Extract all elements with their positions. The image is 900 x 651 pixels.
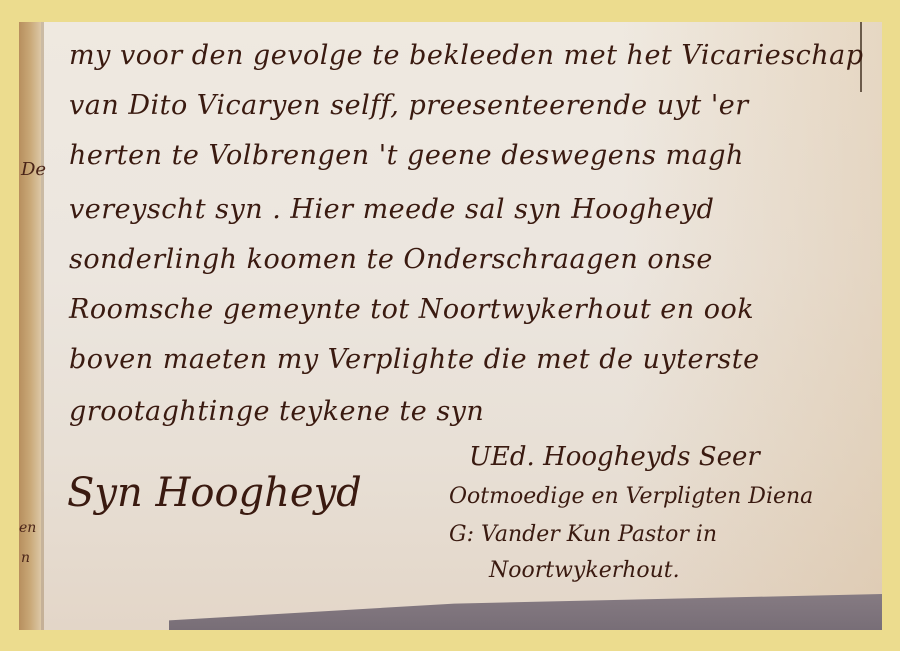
signature-line-3: G: Vander Kun Pastor in: [449, 522, 717, 547]
letter-line-5: sonderlingh koomen te Onderschraagen ons…: [69, 244, 713, 275]
margin-fragment: n: [21, 550, 30, 566]
closing-salutation: Syn Hoogheyd: [67, 470, 362, 516]
letter-line-8: grootaghtinge teykene te syn: [69, 396, 484, 427]
letter-line-7: boven maeten my Verplighte die met de uy…: [69, 344, 760, 375]
letter-line-3: herten te Volbrengen 't geene deswegens …: [69, 140, 744, 171]
letter-line-2: van Dito Vicaryen selff, preesenteerende…: [69, 90, 749, 121]
letter-line-1: my voor den gevolge te bekleeden met het…: [69, 40, 864, 71]
document-frame: De en n my voor den gevolge te bekleeden…: [0, 0, 900, 651]
letter-line-4: vereyscht syn . Hier meede sal syn Hoogh…: [69, 194, 714, 225]
margin-fragment: en: [19, 520, 36, 536]
photo-shadow: [169, 582, 882, 630]
signature-line-1: UEd. Hoogheyds Seer: [469, 442, 760, 472]
signature-line-2: Ootmoedige en Verpligten Diena: [449, 484, 813, 509]
margin-fragment: De: [21, 159, 46, 180]
letter-line-6: Roomsche gemeynte tot Noortwykerhout en …: [69, 294, 754, 325]
paper-fold-line: [41, 22, 44, 630]
signature-line-4: Noortwykerhout.: [489, 558, 680, 583]
letter-photo: De en n my voor den gevolge te bekleeden…: [19, 22, 882, 630]
paper-fold-strip: [19, 22, 41, 630]
